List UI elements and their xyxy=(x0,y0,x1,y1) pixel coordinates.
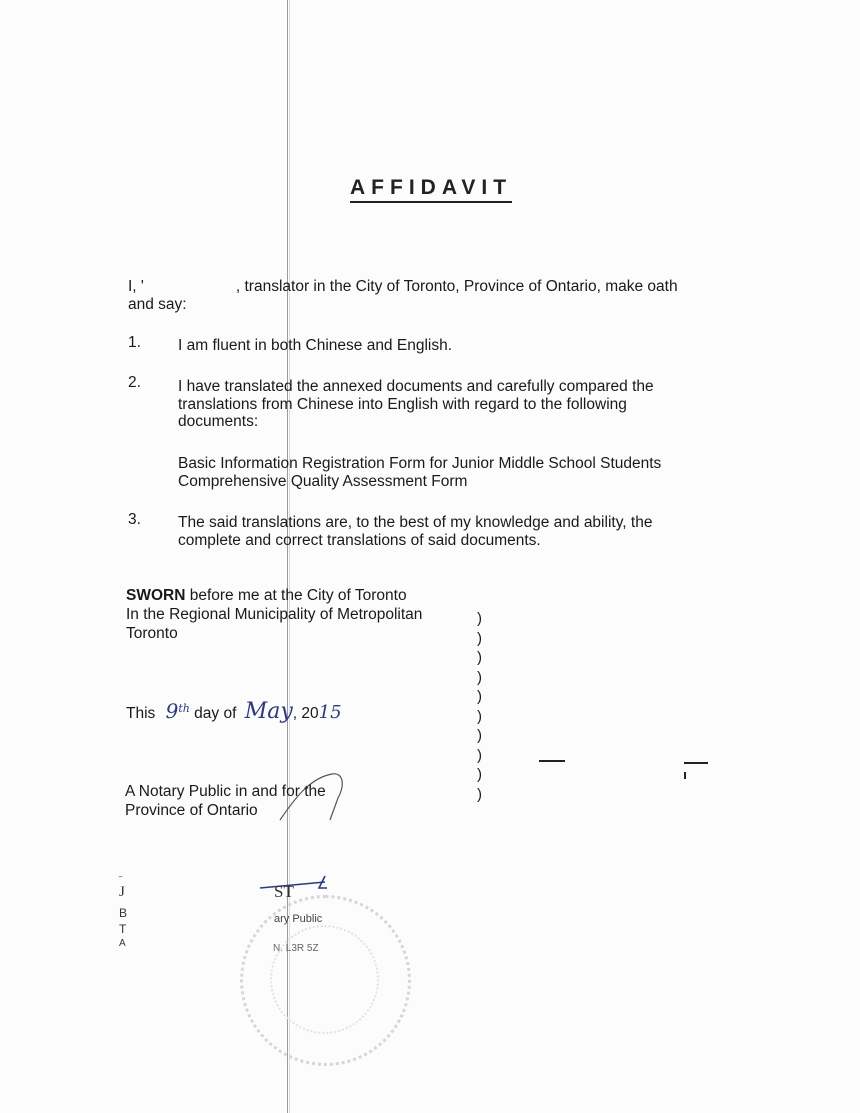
bracket: ) xyxy=(477,648,482,668)
sworn-text: before me at the City of Toronto xyxy=(185,587,406,604)
bracket: ) xyxy=(477,668,482,688)
stamp-letter-2: B xyxy=(119,906,127,920)
intro-prefix: I, ' xyxy=(128,278,144,295)
notary-line-2: Province of Ontario xyxy=(125,802,258,819)
handwritten-day: 9 xyxy=(166,699,179,723)
sworn-label: SWORN xyxy=(126,587,185,604)
bracket: ) xyxy=(477,629,482,649)
bracket: ) xyxy=(477,707,482,727)
intro-text: , translator in the City of Toronto, Pro… xyxy=(236,278,678,295)
sworn-line-1: SWORN before me at the City of Toronto xyxy=(126,587,407,604)
date-day-of-label: day of xyxy=(194,705,236,722)
stamp-ink-stroke xyxy=(255,874,335,892)
handwritten-year: 15 xyxy=(319,702,342,723)
notary-line-1: A Notary Public in and for the xyxy=(125,783,326,800)
sworn-line-3: Toronto xyxy=(126,625,178,642)
stamp-letter-4: A xyxy=(119,938,126,949)
clause-2-line-2: translations from Chinese into English w… xyxy=(178,396,627,413)
clause-3-number: 3. xyxy=(128,511,141,529)
clause-3-line-2: complete and correct translations of sai… xyxy=(178,532,541,549)
clause-2-number: 2. xyxy=(128,374,141,392)
bracket: ) xyxy=(477,726,482,746)
bracket-column: )))))))))) xyxy=(477,609,482,804)
clause-2-line-1: I have translated the annexed documents … xyxy=(178,378,654,395)
stamp-name-fragment: ST xyxy=(274,882,294,902)
intro-line-2: and say: xyxy=(128,296,187,313)
signature-tick xyxy=(684,772,686,779)
bracket: ) xyxy=(477,687,482,707)
stamp-letter-1: J xyxy=(119,884,125,901)
clause-1-number: 1. xyxy=(128,334,141,352)
bracket: ) xyxy=(477,785,482,805)
document-title: AFFIDAVIT xyxy=(350,176,512,203)
date-line: This 9th day of May, 2015 xyxy=(126,700,342,722)
clause-2-line-3: documents: xyxy=(178,413,258,430)
notary-seal-inner xyxy=(270,925,379,1034)
bracket: ) xyxy=(477,746,482,766)
clause-1-text: I am fluent in both Chinese and English. xyxy=(178,337,452,354)
document-item-2: Comprehensive Quality Assessment Form xyxy=(178,473,467,490)
sworn-line-2: In the Regional Municipality of Metropol… xyxy=(126,606,422,623)
signature-line-right xyxy=(684,762,708,764)
document-item-1: Basic Information Registration Form for … xyxy=(178,455,661,472)
clause-3-line-1: The said translations are, to the best o… xyxy=(178,514,652,531)
signature-line-left xyxy=(539,760,565,762)
date-year-prefix: , 20 xyxy=(293,705,319,722)
stamp-letter-3: T xyxy=(119,922,126,936)
handwritten-day-suffix: th xyxy=(178,702,190,715)
handwritten-month: May xyxy=(245,699,293,724)
date-this-label: This xyxy=(126,705,155,722)
bracket: ) xyxy=(477,609,482,629)
bracket: ) xyxy=(477,765,482,785)
intro-line-1: I, ', translator in the City of Toronto,… xyxy=(128,278,678,295)
